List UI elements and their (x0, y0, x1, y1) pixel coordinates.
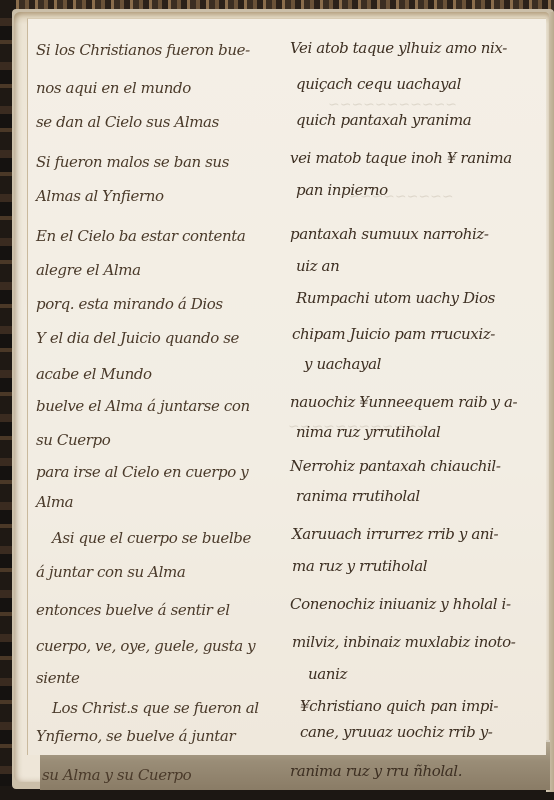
native-line-8: Rumpachi utom uachy Dios (296, 291, 495, 306)
spanish-line-1: Si los Christianos fueron bue- (36, 43, 250, 58)
native-line-19: uaniz (308, 667, 347, 682)
spanish-line-19: siente (36, 671, 80, 686)
spanish-line-13: para irse al Cielo en cuerpo y (36, 465, 248, 480)
native-line-12: nima ruz yrrutiholal (296, 425, 440, 440)
native-line-21: cane, yruuaz uochiz rrib y- (300, 725, 492, 740)
native-line-10: y uachayal (304, 357, 381, 372)
native-line-3: quich pantaxah yranima (296, 113, 471, 128)
spanish-line-12: su Cuerpo (36, 433, 110, 448)
native-line-13: Nerrohiz pantaxah chiauchil- (290, 459, 501, 474)
spanish-line-20: Los Christ.s que se fueron al (52, 701, 259, 716)
native-line-16: ma ruz y rrutiholal (292, 559, 427, 574)
native-line-4: vei matob taque inoh ¥ ranima (290, 151, 512, 166)
native-line-9: chipam Juicio pam rrucuxiz- (292, 327, 495, 342)
spanish-line-3: se dan al Cielo sus Almas (36, 115, 219, 130)
page-writing-area: ~~~~~~~~~~~ ~~~~~~~~~ ~~~~~~~~~~~~ Si lo… (27, 18, 546, 755)
spanish-line-14: Alma (36, 495, 73, 510)
native-line-2: quiçach cequ uachayal (296, 77, 461, 92)
spanish-line-5: Almas al Ynfierno (36, 189, 164, 204)
spanish-line-7: alegre el Alma (36, 263, 141, 278)
spanish-line-8: porq. esta mirando á Dios (36, 297, 223, 312)
spanish-line-17: entonces buelve á sentir el (36, 603, 230, 618)
native-line-11: nauochiz ¥unneequem raib y a- (290, 395, 517, 410)
native-line-7: uiz an (296, 259, 339, 274)
native-line-18: milviz, inbinaiz muxlabiz inoto- (292, 635, 515, 650)
spanish-line-21: Ynfierno, se buelve á juntar (36, 729, 235, 744)
native-line-20: ¥christiano quich pan impi- (300, 699, 498, 714)
spanish-line-18: cuerpo, ve, oye, guele, gusta y (36, 639, 255, 654)
spanish-line-6: En el Cielo ba estar contenta (36, 229, 245, 244)
native-line-5: pan inpierno (296, 183, 388, 198)
spanish-line-2: nos aqui en el mundo (36, 81, 191, 96)
native-line-6: pantaxah sumuux narrohiz- (290, 227, 489, 242)
native-line-17: Conenochiz iniuaniz y hholal i- (290, 597, 511, 612)
spanish-line-9: Y el dia del Juicio quando se (36, 331, 239, 346)
native-line-22: ranima ruz y rru ñholal. (290, 764, 462, 779)
native-line-14: ranima rrutiholal (296, 489, 420, 504)
spanish-line-22: su Alma y su Cuerpo (42, 768, 191, 783)
spanish-line-16: á juntar con su Alma (36, 565, 185, 580)
spanish-line-4: Si fueron malos se ban sus (36, 155, 229, 170)
spanish-line-11: buelve el Alma á juntarse con (36, 399, 250, 414)
native-line-15: Xaruuach irrurrez rrib y ani- (292, 527, 498, 542)
spanish-line-10: acabe el Mundo (36, 367, 152, 382)
spanish-line-15: Asi que el cuerpo se buelbe (52, 531, 251, 546)
native-line-1: Vei atob taque ylhuiz amo nix- (290, 41, 507, 56)
